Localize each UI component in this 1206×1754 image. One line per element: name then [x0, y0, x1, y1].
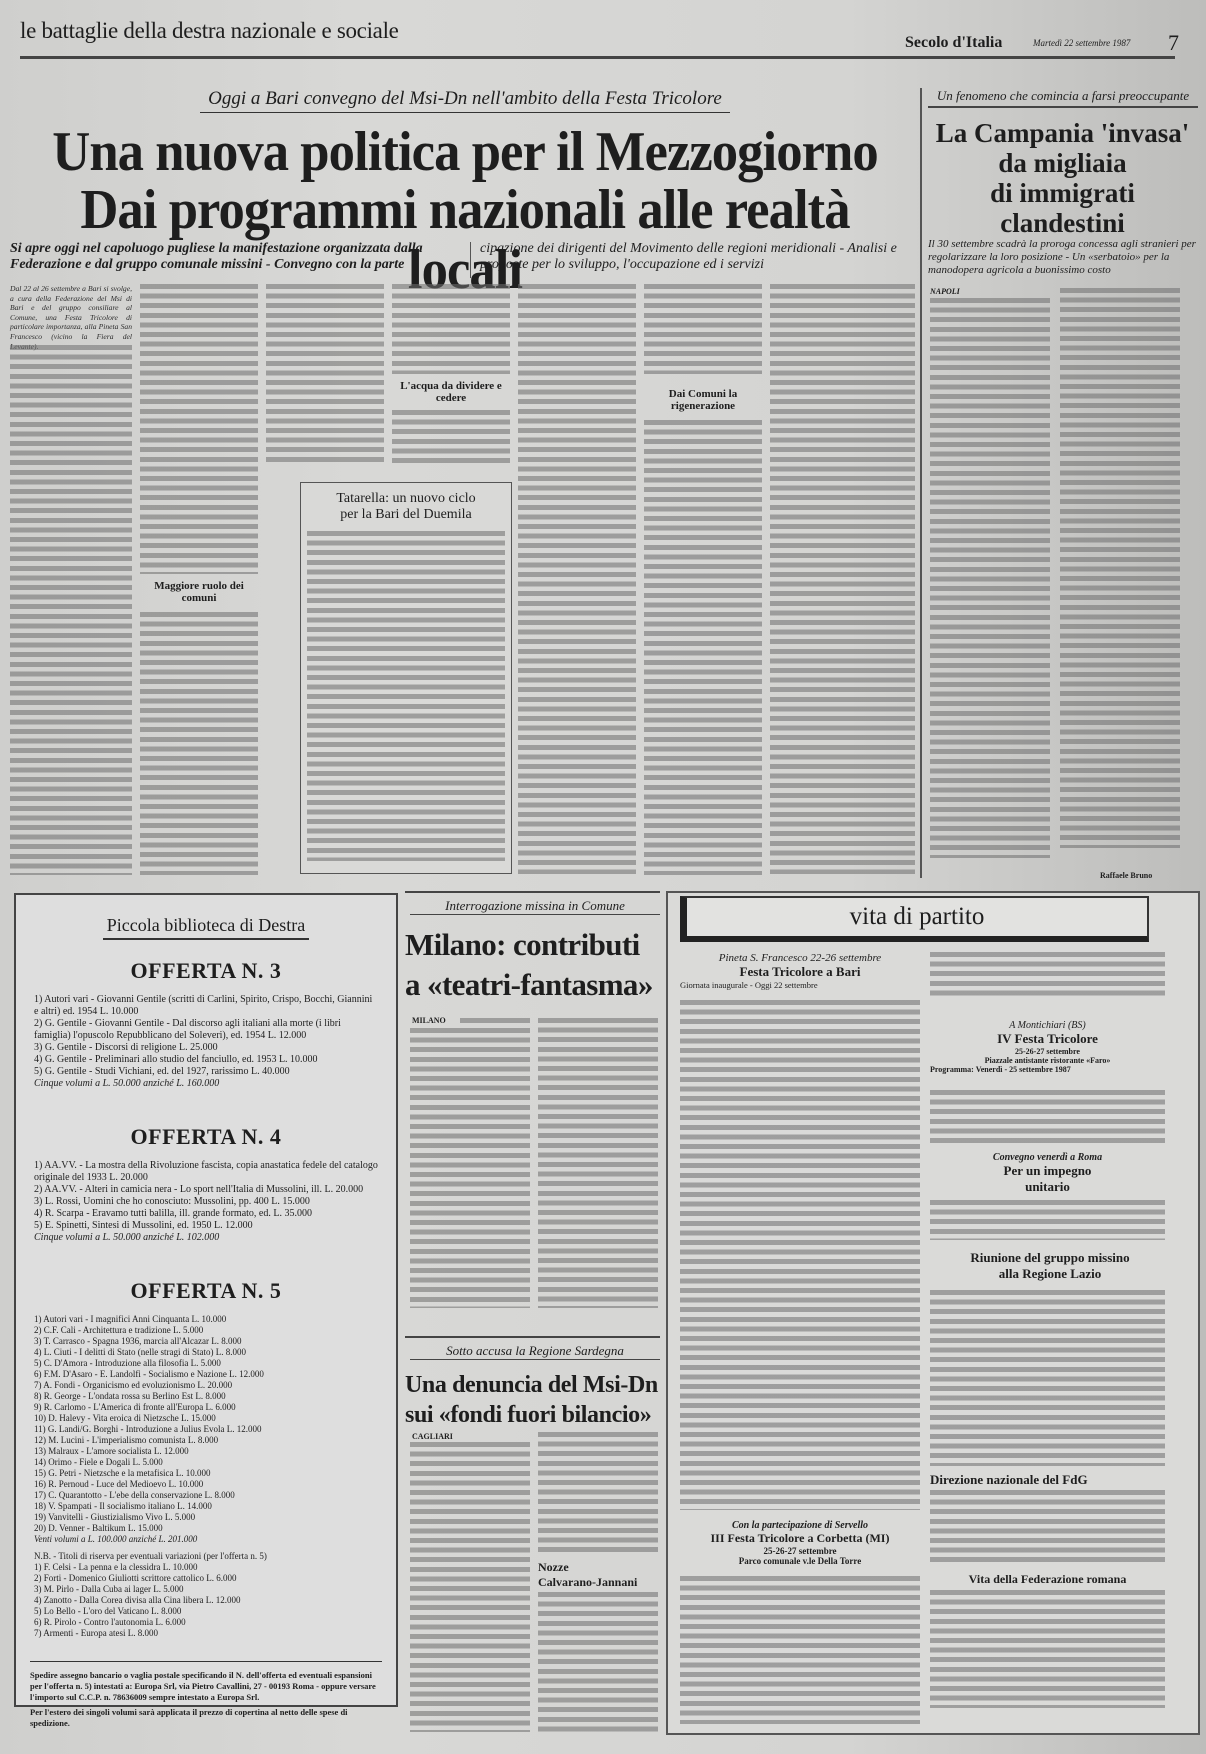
tatarella-body	[307, 531, 505, 861]
reserve-item: 2) Forti - Domenico Giuliotti scrittore …	[34, 1573, 378, 1584]
lazio-body	[930, 1290, 1165, 1466]
sardegna-headline-1: Una denuncia del Msi-Dn	[405, 1370, 663, 1400]
lead-body-col-4	[392, 284, 510, 374]
offer-item: 2) G. Gentile - Giovanni Gentile - Dal d…	[34, 1018, 378, 1042]
side-body-col-1	[930, 298, 1050, 858]
tatarella-title-2: per la Bari del Duemila	[301, 507, 511, 523]
library-box: Piccola biblioteca di Destra OFFERTA N. …	[14, 893, 398, 1707]
deck-divider	[470, 242, 471, 278]
side-body-col-2	[1060, 288, 1180, 848]
sardegna-kicker: Sotto accusa la Regione Sardegna	[410, 1343, 660, 1360]
offer-title: OFFERTA N. 3	[16, 958, 396, 984]
corbetta-body	[680, 1576, 920, 1724]
montichiari-body	[930, 1090, 1165, 1145]
side-byline: Raffaele Bruno	[1100, 871, 1152, 880]
montichiari-kicker: A Montichiari (BS)	[930, 1020, 1165, 1031]
tatarella-box: Tatarella: un nuovo ciclo per la Bari de…	[300, 482, 512, 874]
party-montichiari: A Montichiari (BS) IV Festa Tricolore 25…	[930, 1020, 1165, 1074]
offers-list: OFFERTA N. 31) Autori vari - Giovanni Ge…	[16, 958, 396, 1545]
milano-headline: Milano: contributi a «teatri-fantasma»	[405, 925, 663, 1005]
offer-summary: Cinque volumi a L. 50.000 anziché L. 160…	[34, 1078, 378, 1090]
reserve-item: 1) F. Celsi - La penna e la clessidra L.…	[34, 1562, 378, 1573]
library-title: Piccola biblioteca di Destra	[103, 915, 309, 940]
milano-body-col-1	[410, 1028, 530, 1308]
fdg-title: Direzione nazionale del FdG	[930, 1472, 1088, 1488]
offer-item: 10) D. Halevy - Vita eroica di Nietzsche…	[34, 1413, 378, 1424]
newspaper-page: le battaglie della destra nazionale e so…	[0, 0, 1206, 1754]
sardegna-headline-2: sui «fondi fuori bilancio»	[405, 1400, 663, 1430]
paper-name: Secolo d'Italia	[905, 34, 1002, 52]
nozze-title-2: Calvarano-Jannani	[538, 1575, 658, 1590]
side-headline-3: di immigrati clandestini	[925, 178, 1200, 238]
federazione-title: Vita della Federazione romana	[930, 1572, 1165, 1587]
masthead-rule	[20, 56, 1175, 59]
offer-item: 9) R. Carlomo - L'America di fronte all'…	[34, 1402, 378, 1413]
lazio-title: Riunione del gruppo missino alla Regione…	[960, 1250, 1140, 1282]
milano-body-lead	[460, 1018, 530, 1026]
side-deck: Il 30 settembre scadrà la proroga conces…	[928, 238, 1198, 277]
side-headline-2: da migliaia	[925, 148, 1200, 178]
lead-body-col-1	[10, 345, 132, 875]
lead-body-col-6b	[644, 420, 762, 875]
milano-headline-2: a «teatri-fantasma»	[405, 965, 663, 1005]
offer-item: 6) F.M. D'Asaro - E. Landolfi - Socialis…	[34, 1369, 378, 1380]
party-corbetta: Con la partecipazione di Servello III Fe…	[680, 1520, 920, 1566]
offer-item: 4) G. Gentile - Preliminari allo studio …	[34, 1054, 378, 1066]
footer-note: Spedire assegno bancario o vaglia postal…	[30, 1670, 382, 1703]
offer-summary: Venti volumi a L. 100.000 anziché L. 201…	[34, 1534, 378, 1545]
sardegna-top-rule	[405, 1336, 660, 1338]
issue-date: Martedì 22 settembre 1987	[1033, 38, 1130, 48]
lead-headline-1: Una nuova politica per il Mezzogiorno	[37, 122, 892, 182]
side-dateline: NAPOLI	[930, 287, 960, 296]
offer-summary: Cinque volumi a L. 50.000 anziché L. 102…	[34, 1232, 378, 1244]
offer-item: 3) T. Carrasco - Spagna 1936, marcia all…	[34, 1336, 378, 1347]
montichiari-title: IV Festa Tricolore	[930, 1031, 1165, 1047]
offer-item: 15) G. Petri - Nietzsche e la metafisica…	[34, 1468, 378, 1479]
reserve-list: 1) F. Celsi - La penna e la clessidra L.…	[16, 1562, 396, 1639]
milano-top-rule	[405, 891, 660, 893]
nozze-body	[538, 1592, 658, 1732]
offer-item: 3) G. Gentile - Discorsi di religione L.…	[34, 1042, 378, 1054]
tatarella-title-1: Tatarella: un nuovo ciclo	[301, 491, 511, 507]
lead-deck-right: cipazione dei dirigenti del Movimento de…	[480, 241, 920, 273]
subhead-rigenerazione: Dai Comuni la rigenerazione	[644, 388, 762, 412]
offer-title: OFFERTA N. 5	[16, 1278, 396, 1304]
offer-item: 19) Vanvitelli - Giustizialismo Vivo L. …	[34, 1512, 378, 1523]
offer-items: 1) AA.VV. - La mostra della Rivoluzione …	[16, 1160, 396, 1244]
roma-title: Per un impegno unitario	[988, 1163, 1108, 1195]
side-headline-1: La Campania 'invasa'	[925, 118, 1200, 148]
offer-item: 11) G. Landi/G. Borghi - Introduzione a …	[34, 1424, 378, 1435]
milano-body-col-2	[538, 1018, 658, 1308]
bari-body	[680, 1000, 920, 1510]
roma-kicker: Convegno venerdì a Roma	[930, 1152, 1165, 1163]
offer-items: 1) Autori vari - I magnifici Anni Cinqua…	[16, 1314, 396, 1545]
lead-body-intro: Dal 22 al 26 settembre a Bari si svolge,…	[10, 284, 132, 351]
roma-body	[930, 1200, 1165, 1240]
sardegna-body-col-2	[538, 1432, 658, 1552]
reserve-header: N.B. - Titoli di riserva per eventuali v…	[16, 1551, 396, 1562]
offer-item: 2) AA.VV. - Alteri in camicia nera - Lo …	[34, 1184, 378, 1196]
side-headline: La Campania 'invasa' da migliaia di immi…	[925, 118, 1200, 238]
lead-body-col-5	[518, 284, 636, 874]
sardegna-headline: Una denuncia del Msi-Dn sui «fondi fuori…	[405, 1370, 663, 1430]
section-title: le battaglie della destra nazionale e so…	[20, 18, 399, 44]
nozze-title-1: Nozze	[538, 1560, 658, 1575]
lead-deck-left: Si apre oggi nel capoluogo pugliese la m…	[10, 241, 460, 273]
lead-body-col-2	[140, 284, 258, 574]
offer-item: 18) V. Spampati - Il socialismo italiano…	[34, 1501, 378, 1512]
offer-item: 12) M. Lucini - L'imperialismo comunista…	[34, 1435, 378, 1446]
subhead-acqua: L'acqua da dividere e cedere	[392, 380, 510, 404]
montichiari-place: Piazzale antistante ristorante «Faro»	[930, 1056, 1165, 1065]
offer-item: 20) D. Venner - Baltikum L. 15.000	[34, 1523, 378, 1534]
offer-item: 4) L. Ciuti - I delitti di Stato (nelle …	[34, 1347, 378, 1358]
offer-item: 1) Autori vari - Giovanni Gentile (scrit…	[34, 994, 378, 1018]
page-number: 7	[1168, 30, 1179, 56]
corbetta-place: Parco comunale v.le Della Torre	[680, 1556, 920, 1566]
nozze-title: Nozze Calvarano-Jannani	[538, 1560, 658, 1590]
offer-item: 1) Autori vari - I magnifici Anni Cinqua…	[34, 1314, 378, 1325]
corbetta-kicker: Con la partecipazione di Servello	[680, 1520, 920, 1531]
offer-item: 16) R. Pernoud - Luce del Medioevo L. 10…	[34, 1479, 378, 1490]
lead-kicker: Oggi a Bari convegno del Msi-Dn nell'amb…	[200, 88, 730, 113]
reserve-item: 5) Lo Bello - L'oro del Vaticano L. 8.00…	[34, 1606, 378, 1617]
lead-body-col-4b	[392, 410, 510, 465]
fdg-body	[930, 1490, 1165, 1562]
side-column-rule	[920, 88, 922, 878]
bari-title: Festa Tricolore a Bari	[680, 964, 920, 980]
offer-items: 1) Autori vari - Giovanni Gentile (scrit…	[16, 994, 396, 1090]
offer-item: 8) R. George - L'ondata rossa su Berlino…	[34, 1391, 378, 1402]
footer-note: Per l'estero dei singoli volumi sarà app…	[30, 1707, 382, 1729]
reserve-item: 6) R. Pirolo - Contro l'autonomia L. 6.0…	[34, 1617, 378, 1628]
federazione-body	[930, 1590, 1165, 1708]
subhead-comuni: Maggiore ruolo dei comuni	[140, 580, 258, 604]
corbetta-title: III Festa Tricolore a Corbetta (MI)	[680, 1531, 920, 1546]
offer-item: 5) G. Gentile - Studi Vichiani, ed. del …	[34, 1066, 378, 1078]
offer-item: 2) C.F. Cali - Architettura e tradizione…	[34, 1325, 378, 1336]
lead-body-col-3	[266, 284, 384, 464]
corbetta-dates: 25-26-27 settembre	[680, 1546, 920, 1556]
party-bari: Pineta S. Francesco 22-26 settembre Fest…	[680, 952, 920, 990]
offer-title: OFFERTA N. 4	[16, 1124, 396, 1150]
bari-kicker: Pineta S. Francesco 22-26 settembre	[680, 952, 920, 964]
party-roma: Convegno venerdì a Roma Per un impegno u…	[930, 1152, 1165, 1195]
offer-item: 5) C. D'Amora - Introduzione alla filoso…	[34, 1358, 378, 1369]
offer-item: 7) A. Fondi - Organicismo ed evoluzionis…	[34, 1380, 378, 1391]
bari-lead: Giornata inaugurale - Oggi 22 settembre	[680, 980, 920, 990]
milano-dateline: MILANO	[412, 1016, 446, 1025]
offer-item: 5) E. Spinetti, Sintesi di Mussolini, ed…	[34, 1220, 378, 1232]
reserve-item: 4) Zanotto - Dalla Corea divisa alla Cin…	[34, 1595, 378, 1606]
library-footer: Spedire assegno bancario o vaglia postal…	[16, 1662, 396, 1741]
sardegna-dateline: CAGLIARI	[412, 1432, 453, 1441]
offer-item: 4) R. Scarpa - Eravamo tutti balilla, il…	[34, 1208, 378, 1220]
montichiari-lead: Programma: Venerdì - 25 settembre 1987	[930, 1065, 1165, 1074]
side-kicker: Un fenomeno che comincia a farsi preoccu…	[928, 88, 1198, 108]
offer-item: 17) C. Quarantotto - L'ebe della conserv…	[34, 1490, 378, 1501]
bari-continued	[930, 952, 1165, 1000]
offer-item: 1) AA.VV. - La mostra della Rivoluzione …	[34, 1160, 378, 1184]
party-life-banner: vita di partito	[680, 896, 1149, 942]
offer-item: 13) Malraux - L'amore socialista L. 12.0…	[34, 1446, 378, 1457]
milano-kicker: Interrogazione missina in Comune	[410, 898, 660, 915]
lead-body-col-6	[644, 284, 762, 374]
reserve-item: 7) Armenti - Europa atesi L. 8.000	[34, 1628, 378, 1639]
sardegna-body-col-1	[410, 1442, 530, 1732]
montichiari-dates: 25-26-27 settembre	[930, 1047, 1165, 1056]
offer-item: 3) L. Rossi, Uomini che ho conosciuto: M…	[34, 1196, 378, 1208]
reserve-item: 3) M. Pirlo - Dalla Cuba ai lager L. 5.0…	[34, 1584, 378, 1595]
offer-item: 14) Orimo - Fiele e Dogali L. 5.000	[34, 1457, 378, 1468]
milano-headline-1: Milano: contributi	[405, 925, 663, 965]
lead-body-col-2b	[140, 612, 258, 875]
lead-body-col-7	[770, 284, 915, 874]
lead-headline-2: Dai programmi nazionali alle realtà loca…	[37, 180, 892, 300]
